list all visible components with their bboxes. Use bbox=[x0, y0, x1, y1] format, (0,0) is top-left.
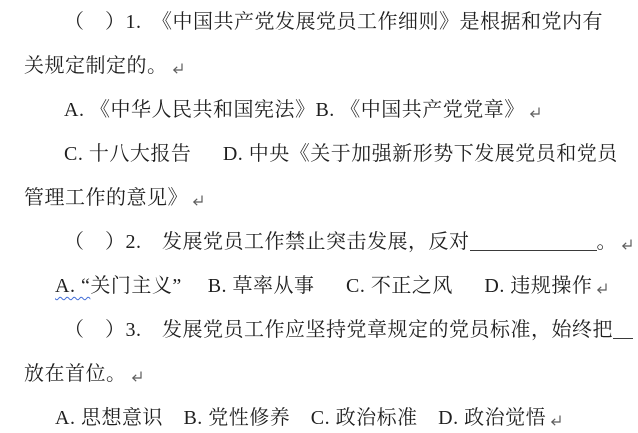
paragraph-return-mark-icon bbox=[549, 397, 562, 433]
document-line: C. 十八大报告 D. 中央《关于加强新形势下发展党员和党员 bbox=[24, 132, 638, 176]
paragraph-return-mark-icon bbox=[620, 221, 633, 265]
text-run: C. 十八大报告 D. 中央《关于加强新形势下发展党员和党员 bbox=[64, 143, 618, 165]
text-run: （ ）3. 发展党员工作应坚持党章规定的党员标准，始终把 bbox=[64, 319, 613, 341]
document-line: 放在首位。 bbox=[24, 352, 638, 396]
paragraph-return-mark-icon bbox=[528, 89, 541, 133]
text-run: A. 《中华人民共和国宪法》B. 《中国共产党党章》 bbox=[64, 99, 525, 121]
text-run-spellcheck-flagged: A. “ bbox=[55, 275, 90, 297]
text-run: 放在首位。 bbox=[24, 363, 127, 385]
document[interactable]: （ ）1. 《中国共产党发展党员工作细则》是根据和党内有关规定制定的。A. 《中… bbox=[0, 0, 638, 433]
text-run: 关规定制定的。 bbox=[24, 55, 168, 77]
text-run: （ ）2. 发展党员工作禁止突击发展，反对 bbox=[64, 231, 470, 253]
paragraph-return-mark-icon bbox=[171, 45, 184, 89]
text-run: A. 思想意识 B. 党性修养 C. 政治标准 D. 政治觉悟 bbox=[55, 407, 546, 429]
text-run: 关门主义” B. 草率从事 C. 不正之风 D. 违规操作 bbox=[90, 275, 592, 297]
document-line: （ ）1. 《中国共产党发展党员工作细则》是根据和党内有 bbox=[24, 0, 638, 44]
paragraph-return-mark-icon bbox=[191, 177, 204, 221]
text-run: 。 bbox=[597, 231, 618, 253]
document-line: （ ）3. 发展党员工作应坚持党章规定的党员标准，始终把 bbox=[24, 308, 638, 352]
document-line: 管理工作的意见》 bbox=[24, 176, 638, 220]
text-run: （ ）1. 《中国共产党发展党员工作细则》是根据和党内有 bbox=[64, 11, 603, 33]
paragraph-return-mark-icon bbox=[595, 265, 608, 309]
document-line: 关规定制定的。 bbox=[24, 44, 638, 88]
document-line: （ ）2. 发展党员工作禁止突击发展，反对。 bbox=[24, 220, 638, 264]
paragraph-return-mark-icon bbox=[130, 353, 143, 397]
document-line: A. “关门主义” B. 草率从事 C. 不正之风 D. 违规操作 bbox=[24, 264, 638, 308]
fill-in-blank bbox=[613, 337, 633, 339]
text-run: 管理工作的意见》 bbox=[24, 187, 188, 209]
document-line: A. 《中华人民共和国宪法》B. 《中国共产党党章》 bbox=[24, 88, 638, 132]
document-line: A. 思想意识 B. 党性修养 C. 政治标准 D. 政治觉悟 bbox=[24, 396, 638, 433]
fill-in-blank bbox=[470, 249, 597, 251]
